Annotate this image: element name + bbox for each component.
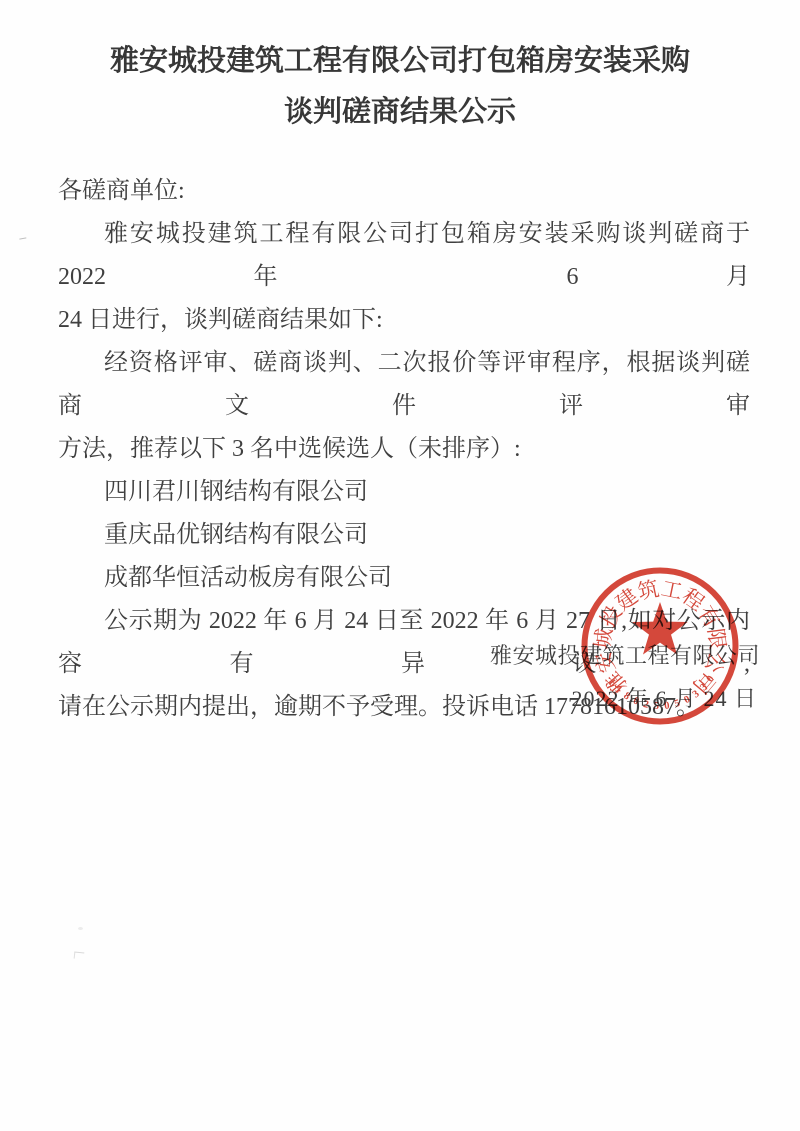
scan-artifact xyxy=(74,951,85,959)
paragraph-1-line-1: 雅安城投建筑工程有限公司打包箱房安装采购谈判磋商于 2022 年 6 月 xyxy=(58,213,750,299)
title-line-2: 谈判磋商结果公示 xyxy=(0,87,800,138)
scan-artifact xyxy=(78,927,83,930)
paragraph-2-line-1: 经资格评审、磋商谈判、二次报价等评审程序，根据谈判磋商文件评审 xyxy=(58,342,750,428)
scan-artifact xyxy=(19,233,27,239)
title-line-1: 雅安城投建筑工程有限公司打包箱房安装采购 xyxy=(0,36,800,87)
signature-company: 雅安城投建筑工程有限公司 xyxy=(490,634,760,677)
document-title: 雅安城投建筑工程有限公司打包箱房安装采购 谈判磋商结果公示 xyxy=(0,36,800,138)
candidate-item-2: 重庆品优钢结构有限公司 xyxy=(58,514,750,557)
signature-block: 雅安城投建筑工程有限公司 2022 年 6 月 24 日 xyxy=(490,634,760,720)
candidate-item-3: 成都华恒活动板房有限公司 xyxy=(58,557,750,600)
signature-date: 2022 年 6 月 24 日 xyxy=(490,677,757,720)
salutation: 各磋商单位: xyxy=(58,170,750,213)
paragraph-2-line-2: 方法，推荐以下 3 名中选候选人（未排序）: xyxy=(58,428,750,471)
document-page: 雅安城投建筑工程有限公司打包箱房安装采购 谈判磋商结果公示 各磋商单位: 雅安城… xyxy=(0,0,800,1131)
paragraph-1-line-2: 24 日进行，谈判磋商结果如下: xyxy=(58,299,750,342)
candidate-item-1: 四川君川钢结构有限公司 xyxy=(58,471,750,514)
